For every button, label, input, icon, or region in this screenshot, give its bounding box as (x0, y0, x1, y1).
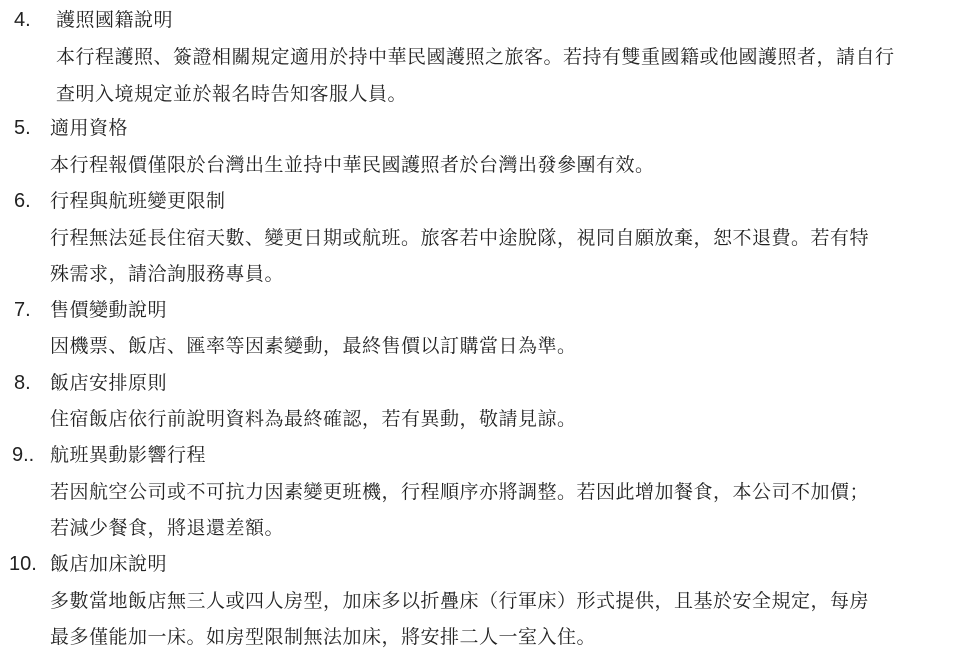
item-title: 售價變動說明 (50, 292, 167, 328)
item-title: 行程與航班變更限制 (50, 183, 226, 219)
item-body-line: 本行程報價僅限於台灣出生並持中華民國護照者於台灣出發參團有效。 (50, 147, 655, 183)
item-number: 7. (14, 292, 31, 328)
item-body-line: 查明入境規定並於報名時告知客服人員。 (56, 76, 407, 112)
item-title: 適用資格 (50, 110, 128, 146)
item-title: 護照國籍說明 (56, 2, 173, 38)
item-number: 9.. (12, 437, 34, 473)
item-body-line: 殊需求，請洽詢服務專員。 (50, 256, 284, 292)
item-number: 4. (14, 2, 31, 38)
terms-document: 4. 護照國籍說明 本行程護照、簽證相關規定適用於持中華民國護照之旅客。若持有雙… (0, 0, 977, 655)
item-title: 飯店安排原則 (50, 365, 167, 401)
item-title: 航班異動影響行程 (50, 437, 206, 473)
item-number: 6. (14, 183, 31, 219)
item-body-line: 若因航空公司或不可抗力因素變更班機，行程順序亦將調整。若因此增加餐食，本公司不加… (50, 474, 869, 510)
item-number: 10. (9, 546, 37, 582)
item-body-line: 多數當地飯店無三人或四人房型，加床多以折疊床（行軍床）形式提供，且基於安全規定，… (50, 583, 869, 619)
item-body-line: 行程無法延長住宿天數、變更日期或航班。旅客若中途脫隊，視同自願放棄，恕不退費。若… (50, 220, 869, 256)
item-title: 飯店加床說明 (50, 546, 167, 582)
item-number: 8. (14, 365, 31, 401)
item-body-line: 若減少餐食，將退還差額。 (50, 510, 284, 546)
item-body-line: 住宿飯店依行前說明資料為最終確認，若有異動，敬請見諒。 (50, 401, 577, 437)
item-body-line: 本行程護照、簽證相關規定適用於持中華民國護照之旅客。若持有雙重國籍或他國護照者，… (56, 39, 895, 75)
item-body-line: 因機票、飯店、匯率等因素變動，最終售價以訂購當日為準。 (50, 328, 577, 364)
item-body-line: 最多僅能加一床。如房型限制無法加床，將安排二人一室入住。 (50, 619, 596, 655)
item-number: 5. (14, 110, 31, 146)
